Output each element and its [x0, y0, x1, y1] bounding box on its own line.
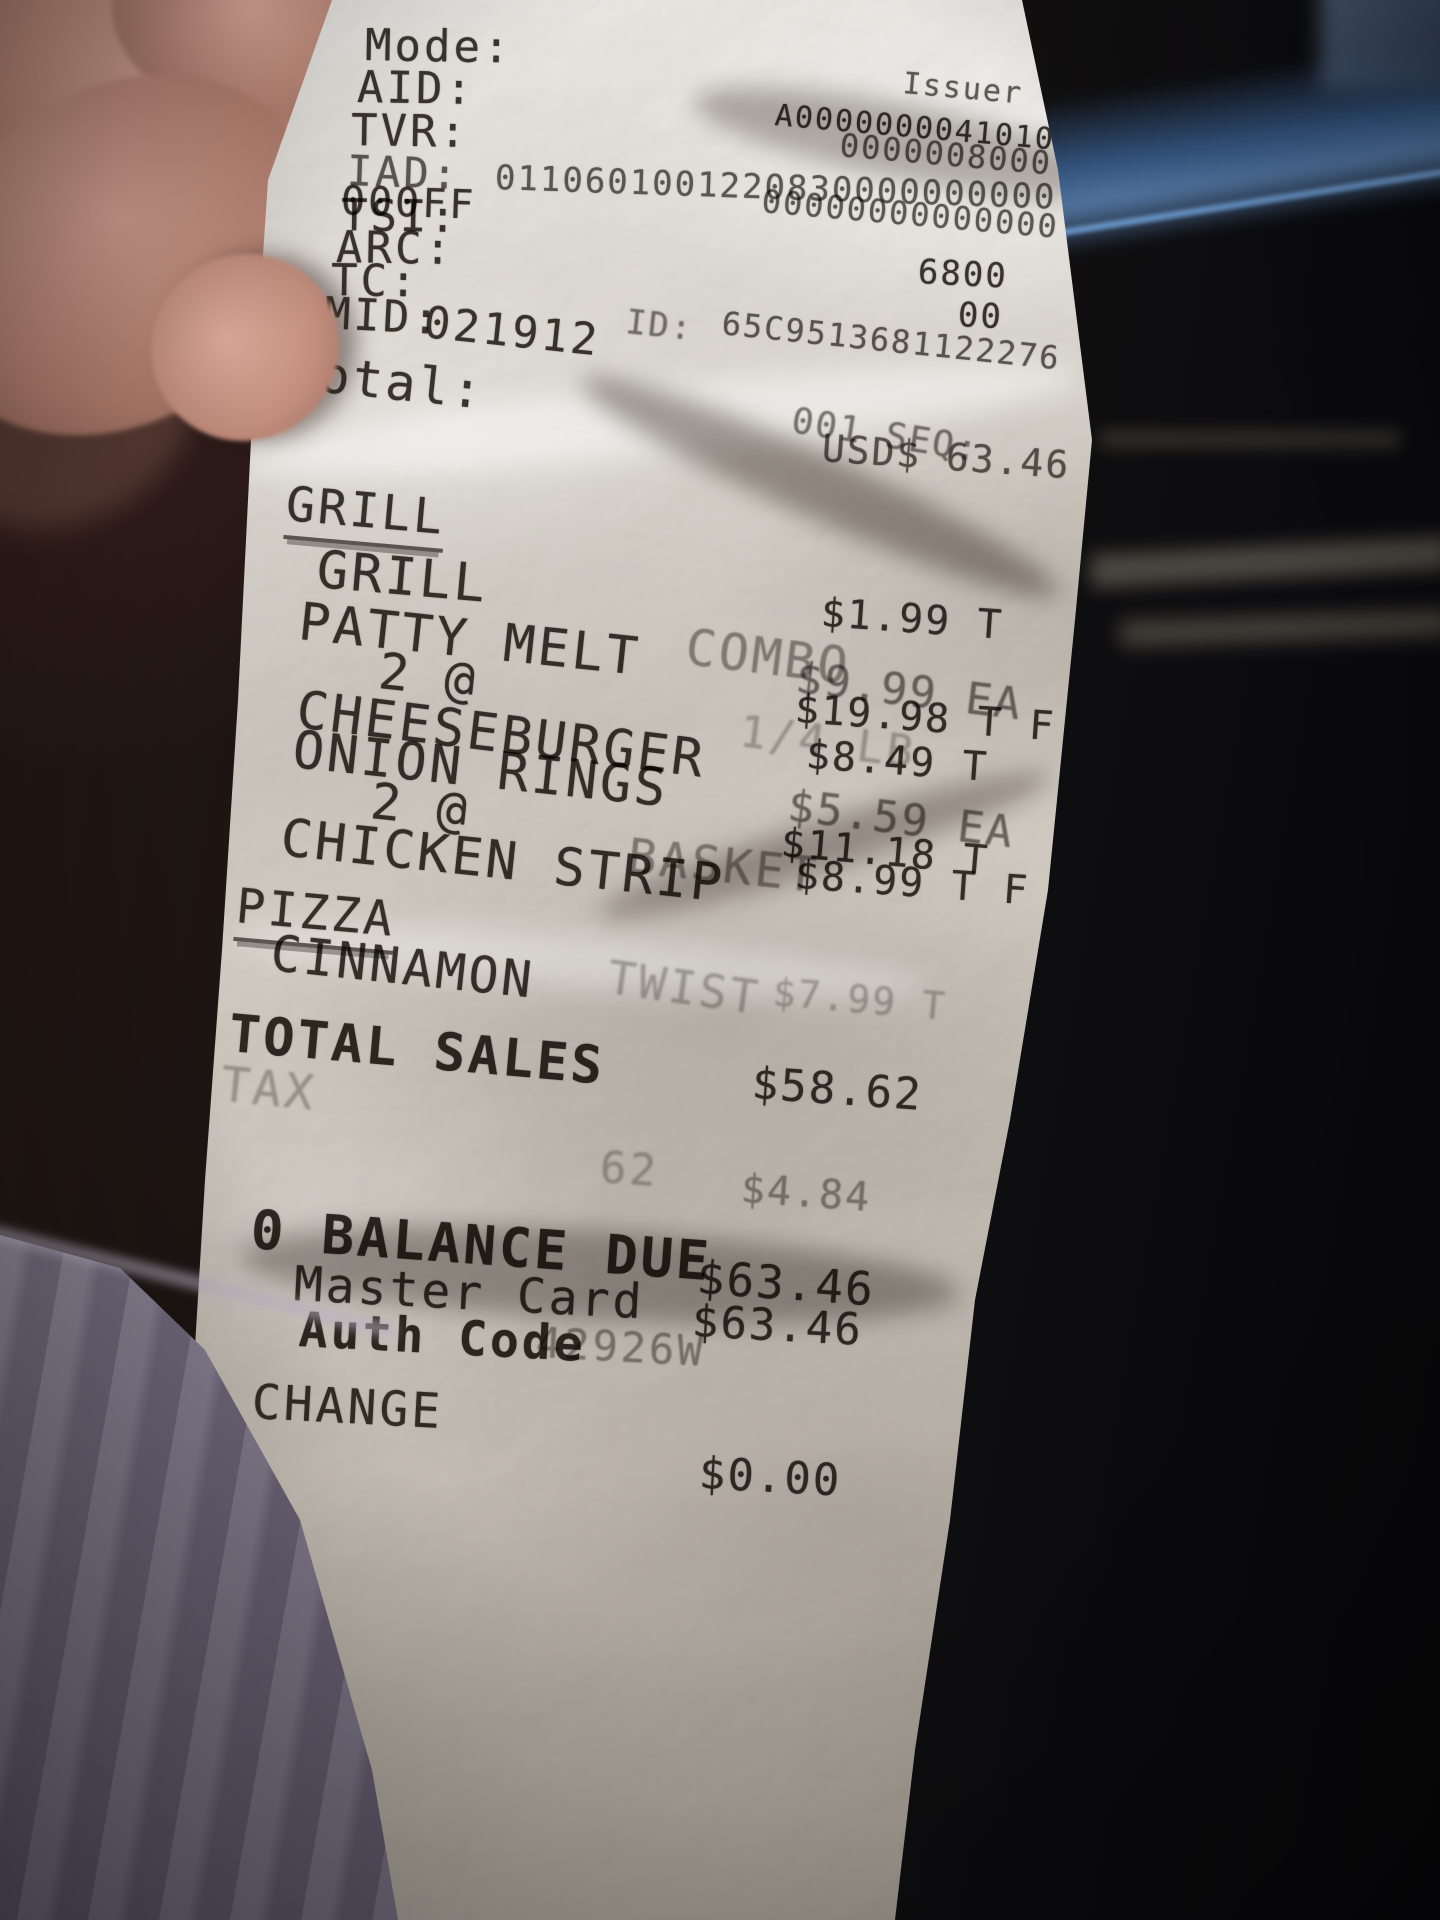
- metallic-reflection: [1100, 430, 1400, 448]
- corner-blue-highlight: [1320, 0, 1440, 90]
- change-value: $0.00: [698, 1448, 843, 1506]
- tax-partial-digits: 62: [598, 1142, 660, 1197]
- tax-value: $4.84: [739, 1166, 872, 1221]
- tax-label: TAX: [218, 1056, 319, 1122]
- tc-value: 6800: [917, 252, 1009, 297]
- auth-code-value: 42926W: [535, 1318, 707, 1376]
- auth-amount: $63.46: [691, 1296, 864, 1356]
- photo-of-receipt: Mode: AID: Issuer A0000000041010 TVR: IA…: [0, 0, 1440, 1920]
- change-label: CHANGE: [251, 1374, 445, 1440]
- tid-label: ID:: [624, 302, 695, 349]
